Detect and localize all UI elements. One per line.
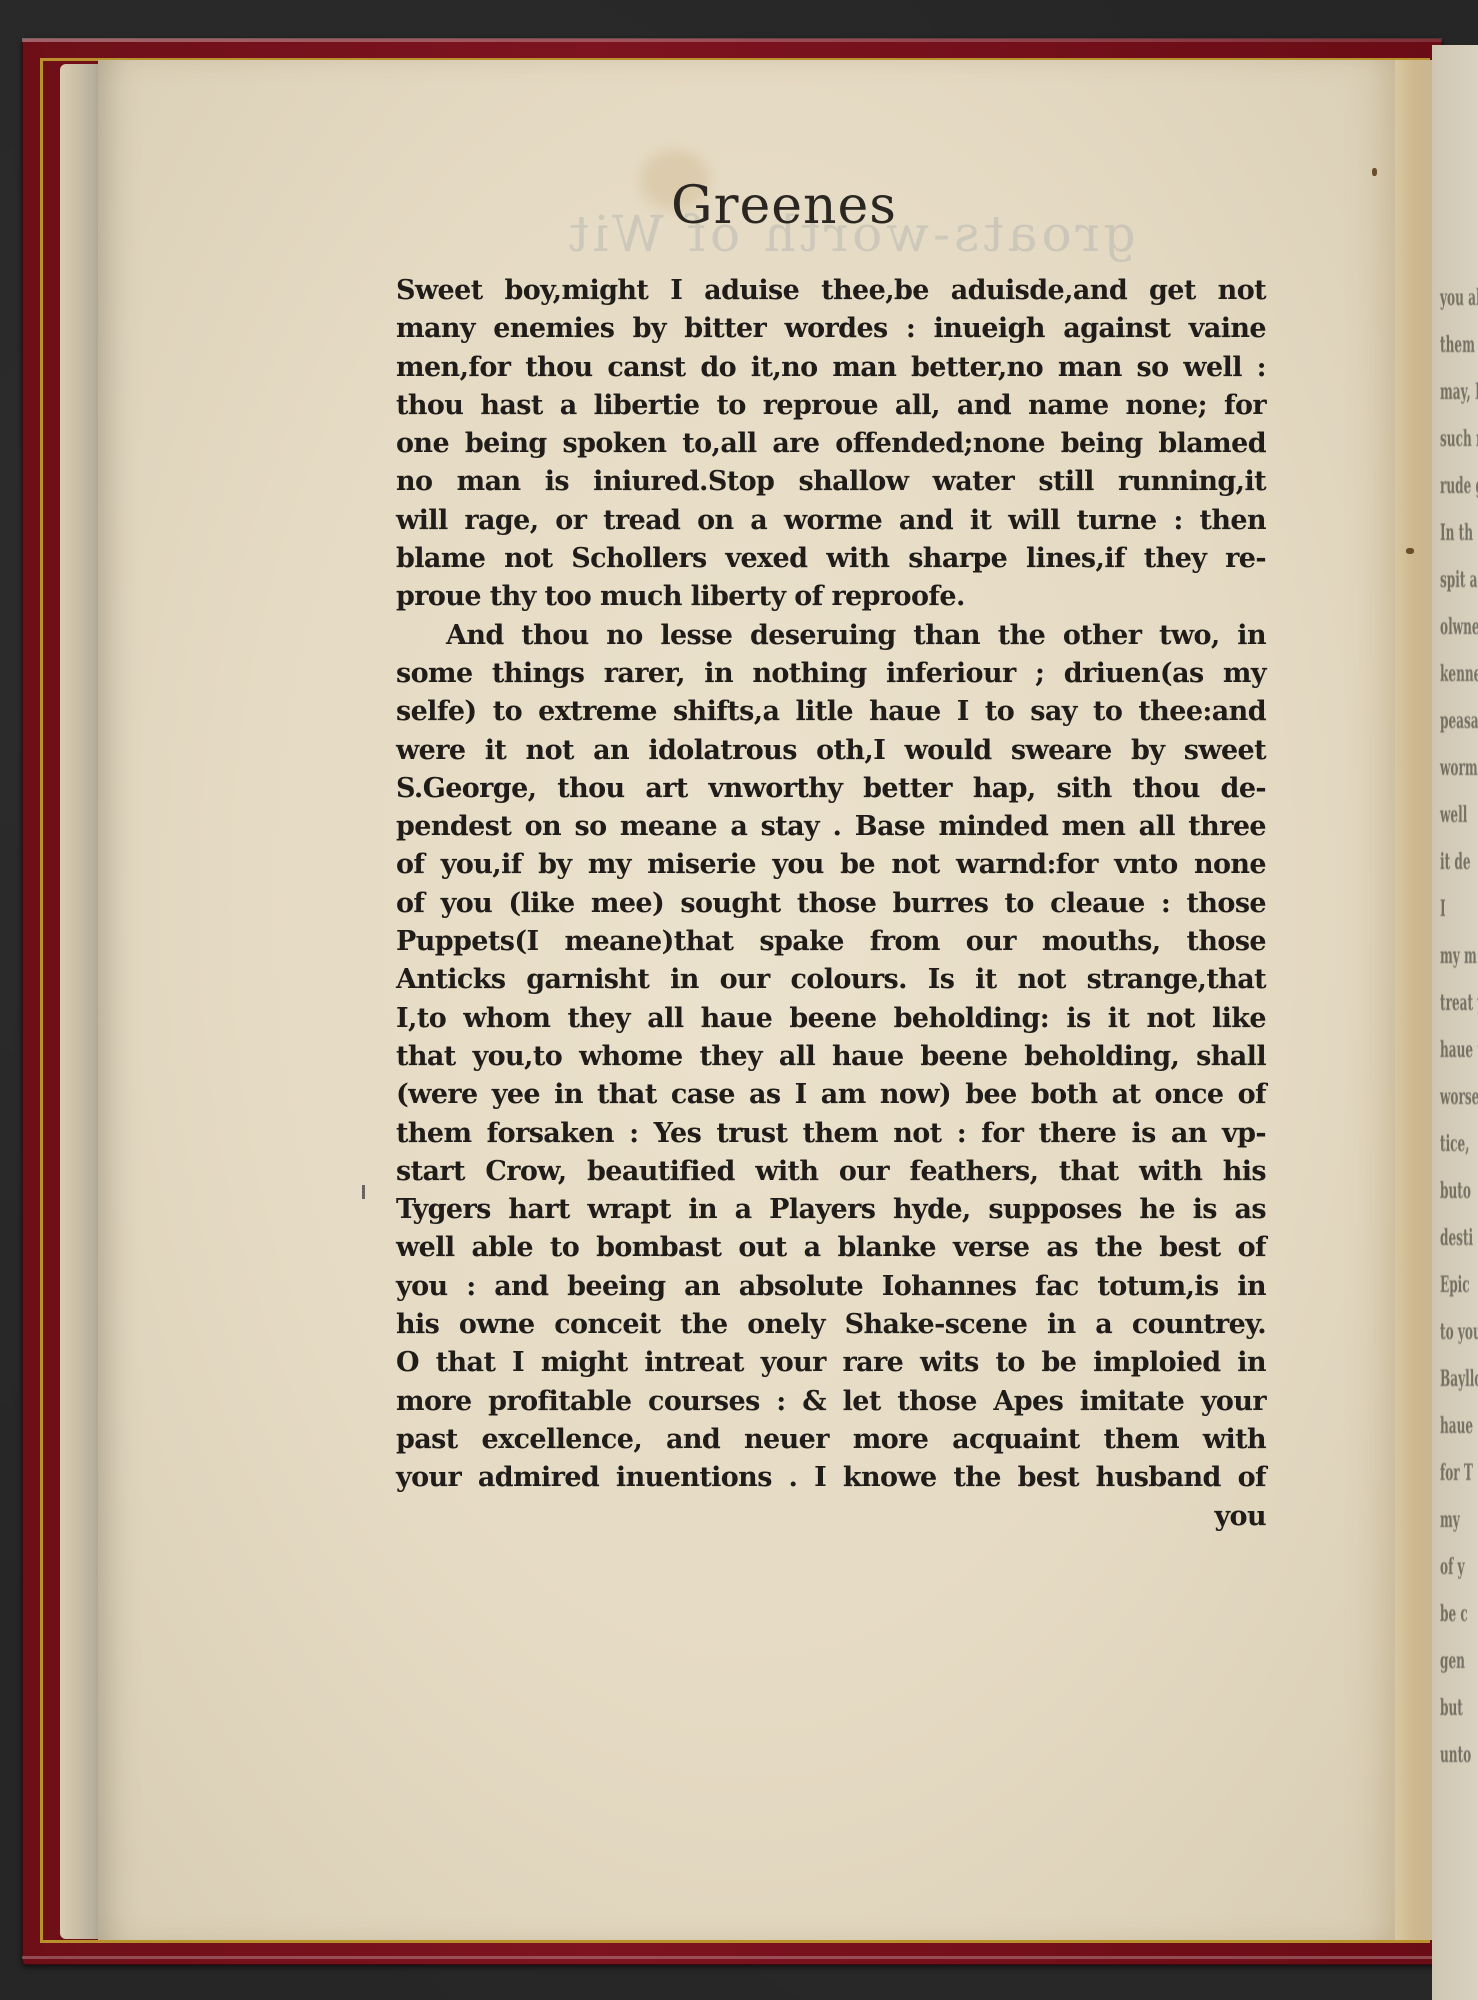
text-line: more profitable courses : & let those Ap… <box>396 1383 1266 1421</box>
facing-page-text-fragment: of y <box>1440 1554 1465 1580</box>
facing-page-text-fragment: gen <box>1440 1648 1465 1674</box>
text-line: many enemies by bitter wordes : inueigh … <box>396 310 1266 348</box>
text-line: them forsaken : Yes trust them not : for… <box>396 1115 1266 1153</box>
text-line: Sweet boy,might I aduise thee,be aduisde… <box>396 272 1266 310</box>
facing-page-text-fragment: haue t <box>1440 1037 1478 1063</box>
text-line: will rage, or tread on a worme and it wi… <box>396 502 1266 540</box>
facing-page-text-fragment: worm <box>1440 755 1478 781</box>
facing-page-text-fragment: peasa <box>1440 708 1478 734</box>
text-line: Puppets(I meane)that spake from our mout… <box>396 923 1266 961</box>
text-line: were it not an idolatrous oth,I would sw… <box>396 732 1266 770</box>
facing-page-text-fragment: my m <box>1440 943 1477 969</box>
text-line: blame not Schollers vexed with sharpe li… <box>396 540 1266 578</box>
text-line: one being spoken to,all are offended;non… <box>396 425 1266 463</box>
text-line: you : and beeing an absolute Iohannes fa… <box>396 1268 1266 1306</box>
facing-page-text-fragment: Epic <box>1440 1272 1470 1298</box>
facing-page-text-fragment: my <box>1440 1507 1460 1533</box>
running-head: Greenes <box>0 176 1478 236</box>
facing-page-text-fragment: Bayllo <box>1440 1366 1478 1392</box>
text-line: his owne conceit the onely Shake-scene i… <box>396 1306 1266 1344</box>
text-line: Anticks garnisht in our colours. Is it n… <box>396 961 1266 999</box>
facing-page-text-fragment: olwne b <box>1440 614 1478 640</box>
text-line: thou hast a libertie to reproue all, and… <box>396 387 1266 425</box>
text-line: your admired inuentions . I knowe the be… <box>396 1459 1266 1497</box>
text-line: And thou no lesse deseruing than the oth… <box>396 617 1266 655</box>
text-line: start Crow, beautified with our feathers… <box>396 1153 1266 1191</box>
facing-page-text-fragment: may, Ich <box>1440 379 1478 405</box>
facing-page-text-fragment: I <box>1440 896 1446 922</box>
text-line: O that I might intreat your rare wits to… <box>396 1344 1266 1382</box>
text-line: Tygers hart wrapt in a Players hyde, sup… <box>396 1191 1266 1229</box>
facing-page-text-fragment: buto <box>1440 1178 1471 1204</box>
facing-page-text-fragment: them all m <box>1440 332 1478 358</box>
text-line: S.George, thou art vnworthy better hap, … <box>396 770 1266 808</box>
facing-page-text-fragment: rude grou <box>1440 473 1478 499</box>
facing-page-text-fragment: treat y <box>1440 990 1478 1016</box>
facing-page-text-fragment: well <box>1440 802 1467 828</box>
facing-page-text-fragment: it de <box>1440 849 1471 875</box>
catchword: you <box>396 1498 1266 1536</box>
facing-page-text-fragment: but <box>1440 1695 1463 1721</box>
text-line: of you,if by my miserie you be not warnd… <box>396 846 1266 884</box>
facing-page-text-fragment: kenne <box>1440 661 1478 687</box>
text-line: of you (like mee) sought those burres to… <box>396 885 1266 923</box>
facing-page-text-fragment: be c <box>1440 1601 1468 1627</box>
facing-page-text-fragment: In th <box>1440 520 1473 546</box>
facing-page-text-fragment: spit ag <box>1440 567 1478 593</box>
text-line: selfe) to extreme shifts,a litle haue I … <box>396 693 1266 731</box>
page-gutter <box>1395 60 1435 1940</box>
facing-page-fragment: you all knothem all mmay, Ichsuch rareru… <box>1432 45 1478 2000</box>
facing-page-text-fragment: tice, <box>1440 1131 1469 1157</box>
facing-page-text-fragment: haue <box>1440 1413 1473 1439</box>
facing-page-text-fragment: such rare <box>1440 426 1478 452</box>
text-line: proue thy too much liberty of reproofe. <box>396 578 1266 616</box>
text-line: past excellence, and neuer more acquaint… <box>396 1421 1266 1459</box>
text-line: some things rarer, in nothing inferiour … <box>396 655 1266 693</box>
facing-page-text-fragment: worse <box>1440 1084 1478 1110</box>
text-line: I,to whom they all haue beene beholding:… <box>396 1000 1266 1038</box>
text-line: men,for thou canst do it,no man better,n… <box>396 349 1266 387</box>
facing-page-text-fragment: unto <box>1440 1742 1471 1768</box>
text-line: (were yee in that case as I am now) bee … <box>396 1076 1266 1114</box>
facing-page-text-fragment: you all kno <box>1440 285 1478 311</box>
facing-page-text-fragment: to your <box>1440 1319 1478 1345</box>
text-line: no man is iniured.Stop shallow water sti… <box>396 463 1266 501</box>
facing-page-text-fragment: for T <box>1440 1460 1473 1486</box>
facing-page-text-fragment: desti <box>1440 1225 1473 1251</box>
text-line: pendest on so meane a stay . Base minded… <box>396 808 1266 846</box>
text-line: that you,to whome they all haue beene be… <box>396 1038 1266 1076</box>
body-text-block: Sweet boy,might I aduise thee,be aduisde… <box>396 272 1266 1536</box>
text-line: well able to bombast out a blanke verse … <box>396 1229 1266 1267</box>
